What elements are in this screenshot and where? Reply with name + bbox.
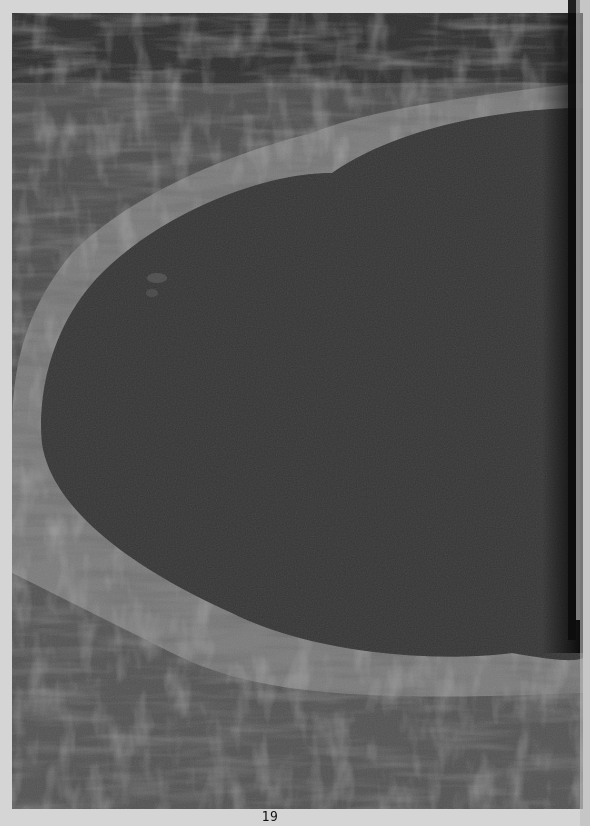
page-number: 19 <box>0 810 540 825</box>
crater-photograph <box>12 13 583 809</box>
crater-photo-graphic <box>12 13 583 809</box>
scanned-page: 19 <box>0 0 590 826</box>
